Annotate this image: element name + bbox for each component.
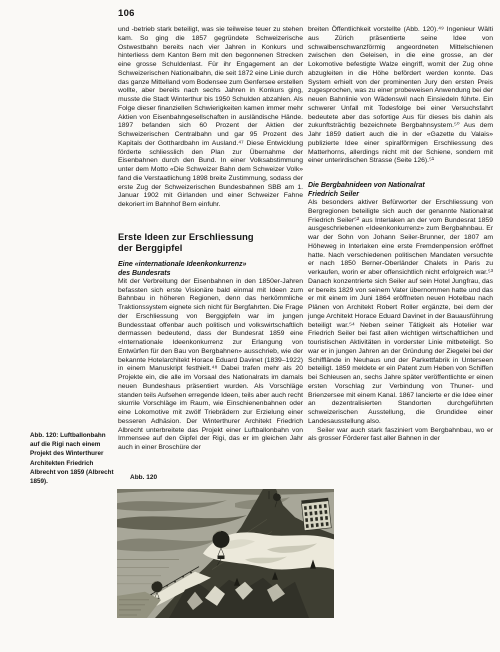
- book-page: 106 Abb. 120: Luftballonbahn auf die Rig…: [0, 0, 500, 652]
- paragraph-railway-history: und -betrieb stark beteiligt, was sie te…: [118, 26, 303, 210]
- balloon-railway-engraving: [117, 489, 334, 618]
- subsection-heading-ideenkonkurrenz: Eine «internationale Ideenkonkurrenz» de…: [118, 260, 303, 278]
- paragraph-waelti-system: breiten Öffentlichkeit vorstellte (Abb. …: [308, 26, 493, 166]
- figure-image: [117, 489, 334, 618]
- figure-label: Abb. 120: [130, 474, 157, 481]
- text-column-right: breiten Öffentlichkeit vorstellte (Abb. …: [308, 26, 493, 444]
- section-heading: Erste Ideen zur Erschliessung der Berggi…: [118, 232, 303, 255]
- page-number: 106: [118, 8, 135, 19]
- hotel-building: [301, 498, 331, 531]
- paragraph-seiler-biography: Als besonders aktiver Befürworter der Er…: [308, 199, 493, 427]
- text-column-left: und -betrieb stark beteiligt, was sie te…: [118, 26, 303, 453]
- figure-margin-caption: Abb. 120: Luftballonbahn auf die Rigi na…: [30, 431, 122, 486]
- subsection-heading-seiler: Die Bergbahnideen von Nationalrat Friedr…: [308, 181, 493, 199]
- paragraph-seiler-bergbahn: Seiler war auch stark fasziniert vom Ber…: [308, 427, 493, 445]
- paragraph-ideenkonkurrenz: Mit der Verbreitung der Eisenbahnen in d…: [118, 278, 303, 453]
